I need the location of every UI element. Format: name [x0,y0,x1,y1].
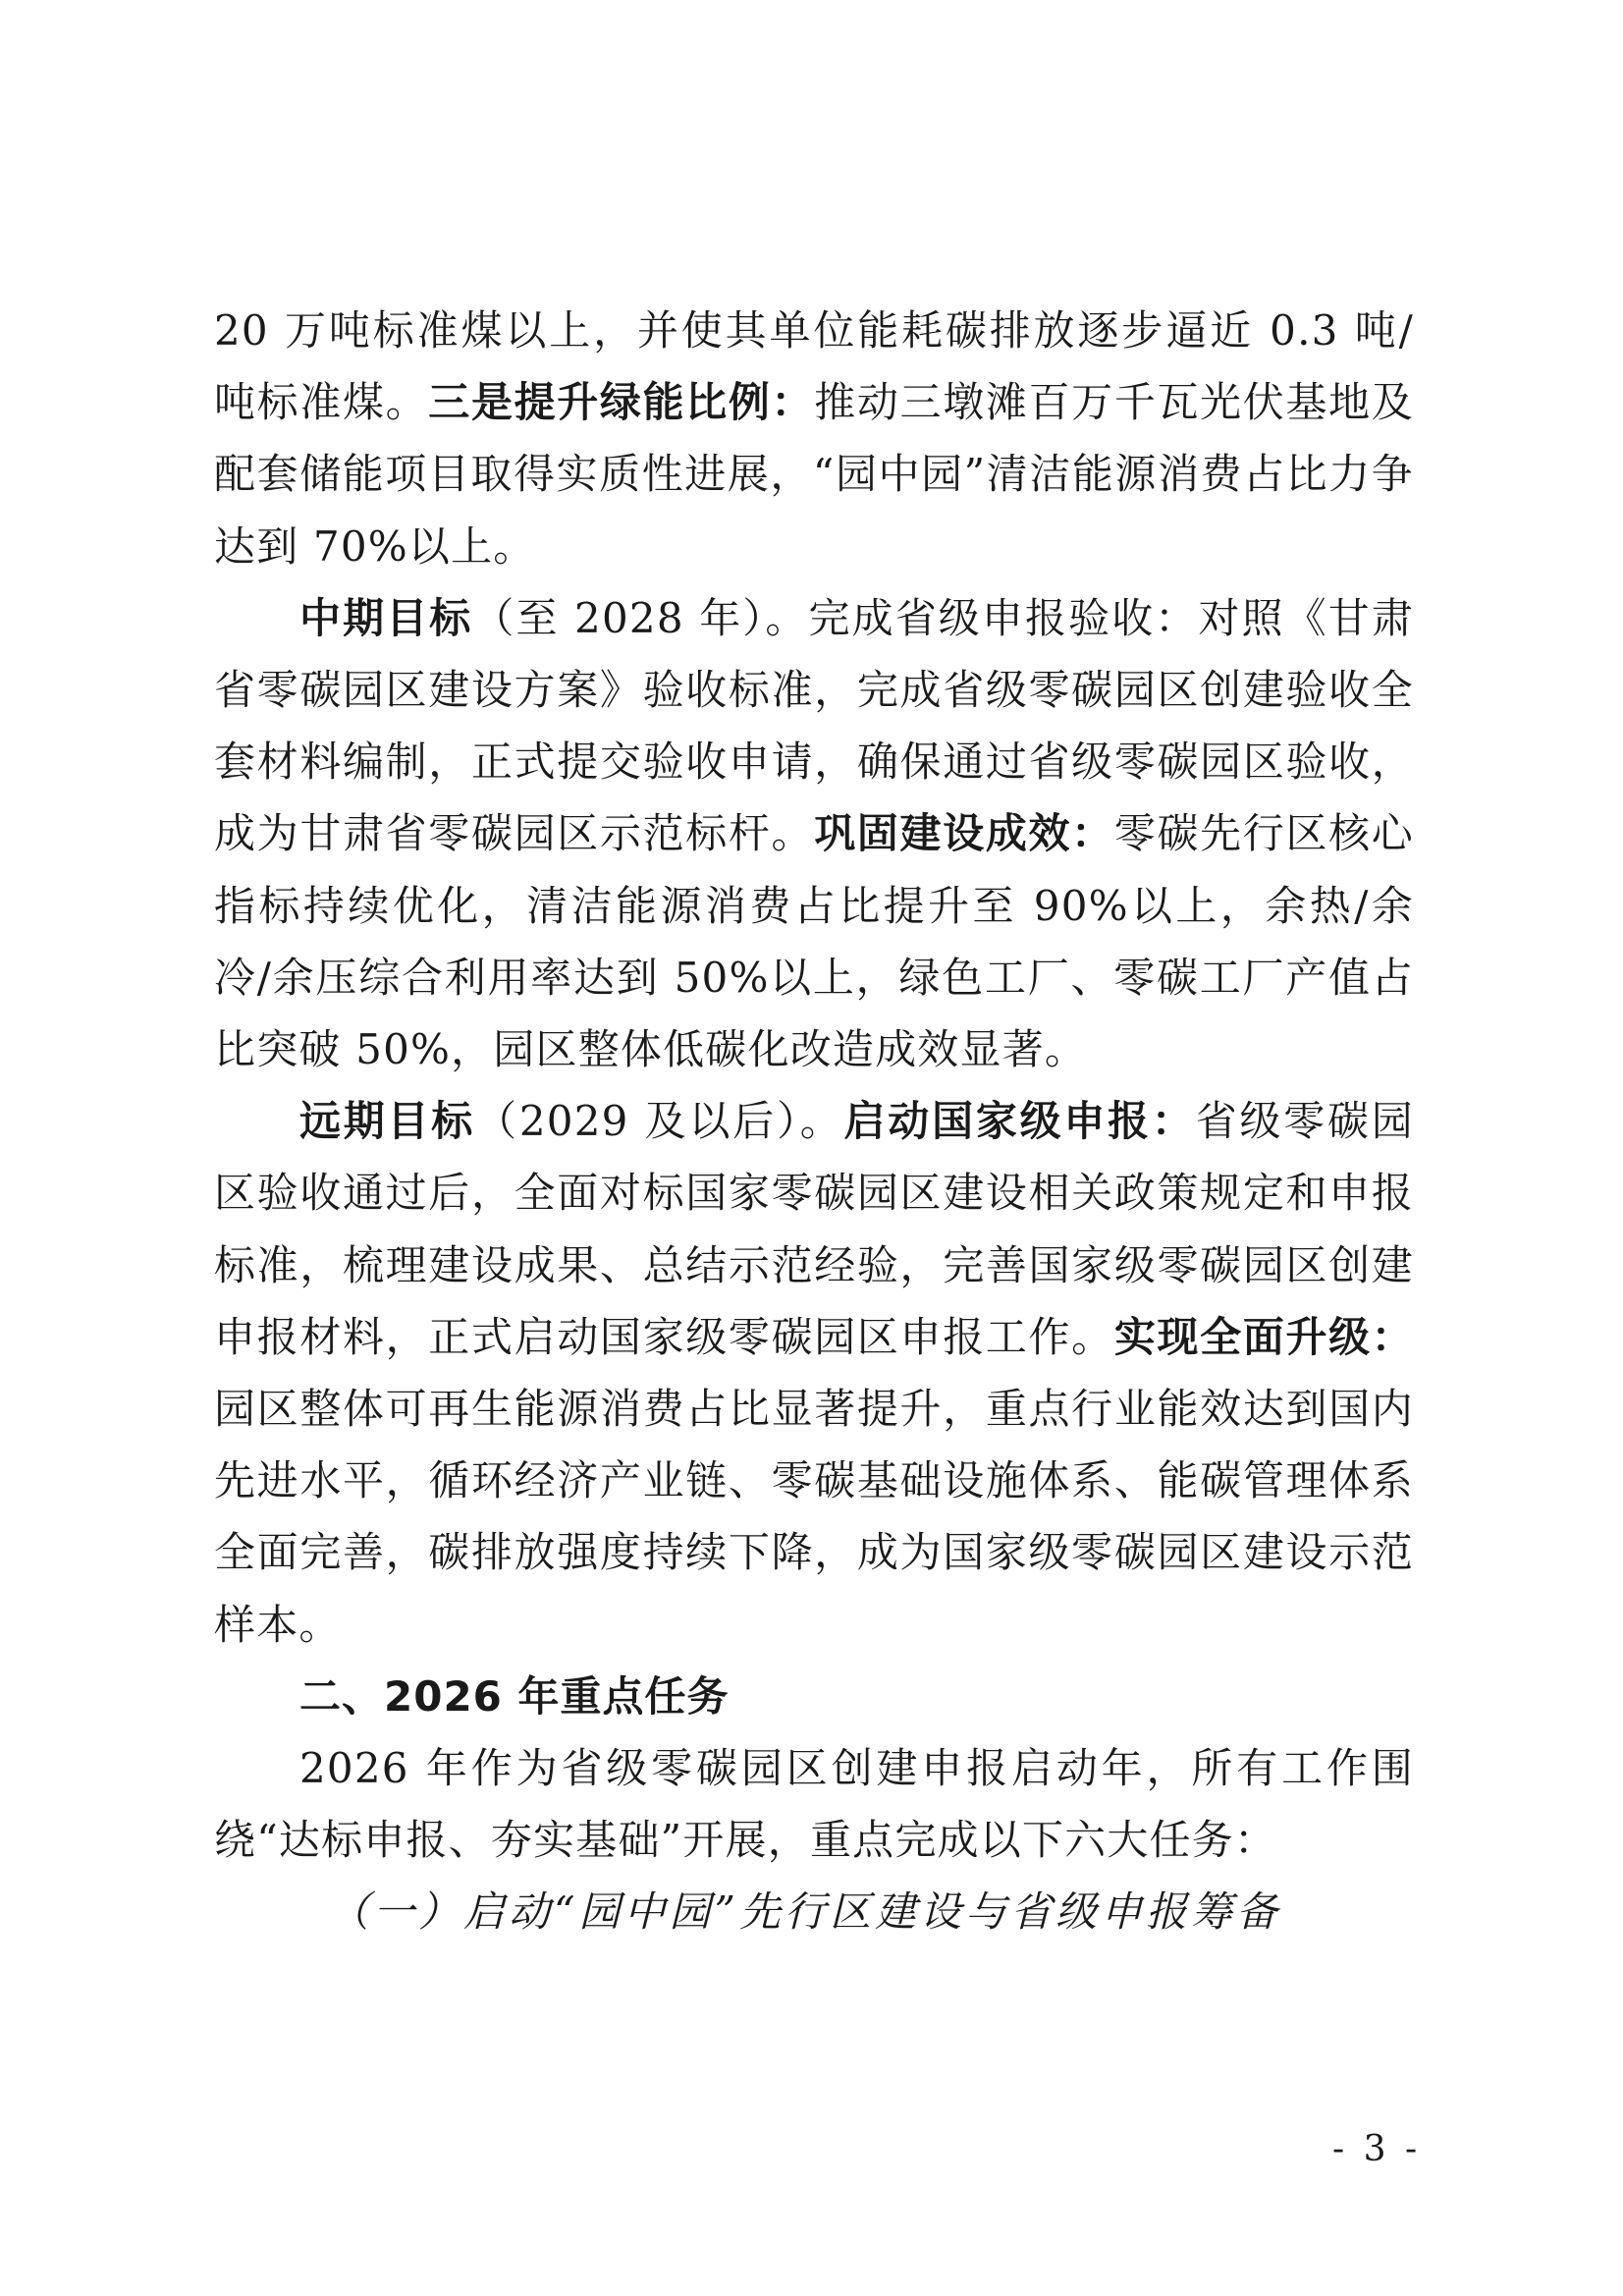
bold-label-mid-term: 中期目标 [299,594,472,642]
bold-label-consolidate: 巩固建设成效： [814,809,1114,857]
bold-label-green-energy: 三是提升绿能比例： [428,378,814,426]
text-segment: 园区整体可再生能源消费占比显著提升，重点行业能效达到国内先进水平，循环经济产业链… [214,1385,1414,1649]
text-segment: （2029 及以后）。 [475,1097,843,1145]
section-intro-paragraph: 2026 年作为省级零碳园区创建申报启动年，所有工作围绕“达标申报、夯实基础”开… [214,1732,1414,1876]
paragraph-long-term-goals: 远期目标（2029 及以后）。启动国家级申报：省级零碳园区验收通过后，全面对标国… [214,1085,1414,1661]
page-number: - 3 - [1332,2129,1421,2169]
bold-label-full-upgrade: 实现全面升级： [1114,1313,1414,1361]
bold-label-long-term: 远期目标 [299,1097,475,1145]
section-heading: 二、2026 年重点任务 [214,1661,1414,1732]
subsection-heading: （一）启动“园中园”先行区建设与省级申报筹备 [214,1876,1414,1947]
document-page: 20 万吨标准煤以上，并使其单位能耗碳排放逐步逼近 0.3 吨/吨标准煤。三是提… [214,295,1414,1948]
paragraph-near-term-goals: 20 万吨标准煤以上，并使其单位能耗碳排放逐步逼近 0.3 吨/吨标准煤。三是提… [214,295,1414,582]
bold-label-national-application: 启动国家级申报： [844,1097,1196,1145]
paragraph-mid-term-goals: 中期目标（至 2028 年）。完成省级申报验收：对照《甘肃省零碳园区建设方案》验… [214,582,1414,1085]
